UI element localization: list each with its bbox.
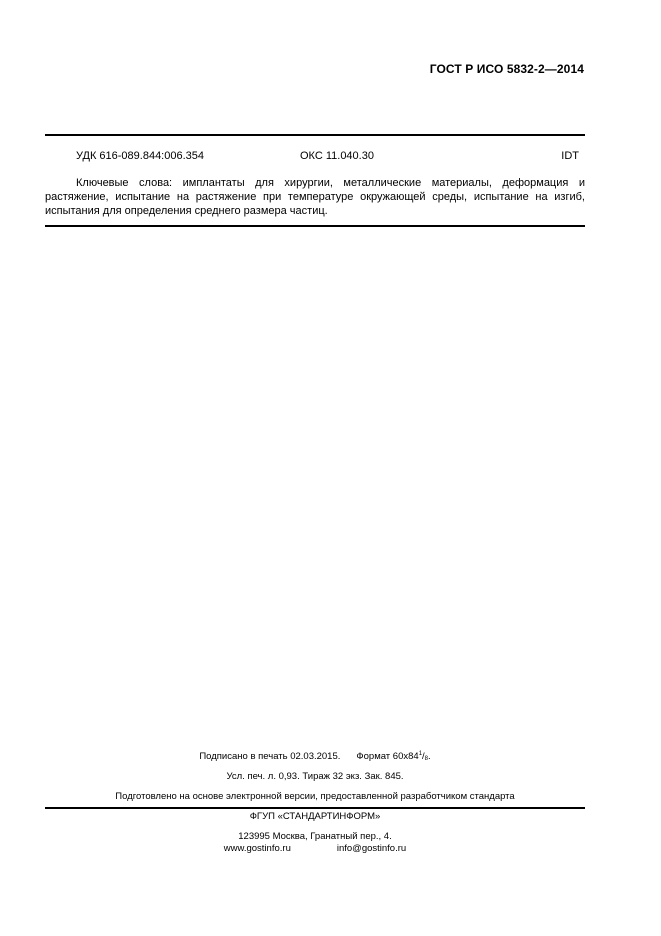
top-divider — [45, 134, 585, 136]
oks-code: ОКС 11.040.30 — [300, 150, 374, 162]
imprint-divider — [45, 807, 585, 809]
website-link[interactable]: www.gostinfo.ru — [224, 843, 291, 854]
email-link[interactable]: info@gostinfo.ru — [337, 843, 406, 854]
standard-code: ГОСТ Р ИСО 5832-2—2014 — [430, 62, 584, 76]
signed-date: Подписано в печать 02.03.2015. — [199, 751, 340, 762]
keywords-paragraph: Ключевые слова: имплантаты для хирургии,… — [45, 176, 585, 219]
print-info: Усл. печ. л. 0,93. Тираж 32 экз. Зак. 84… — [45, 771, 585, 782]
signing-line: Подписано в печать 02.03.2015.Формат 60x… — [45, 751, 585, 762]
publisher-name: ФГУП «СТАНДАРТИНФОРМ» — [45, 811, 585, 822]
format-label: Формат 60x84 — [356, 751, 418, 762]
prepared-note: Подготовлено на основе электронной верси… — [45, 791, 585, 802]
udk-code: УДК 616-089.844:006.354 — [76, 150, 204, 162]
conformity-degree: IDT — [561, 150, 579, 162]
keywords-divider — [45, 225, 585, 227]
publisher-address: 123995 Москва, Гранатный пер., 4. — [45, 831, 585, 842]
format-suffix: . — [428, 751, 431, 762]
publisher-contacts: www.gostinfo.ruinfo@gostinfo.ru — [45, 843, 585, 854]
classification-row: УДК 616-089.844:006.354 ОКС 11.040.30 ID… — [45, 150, 585, 164]
